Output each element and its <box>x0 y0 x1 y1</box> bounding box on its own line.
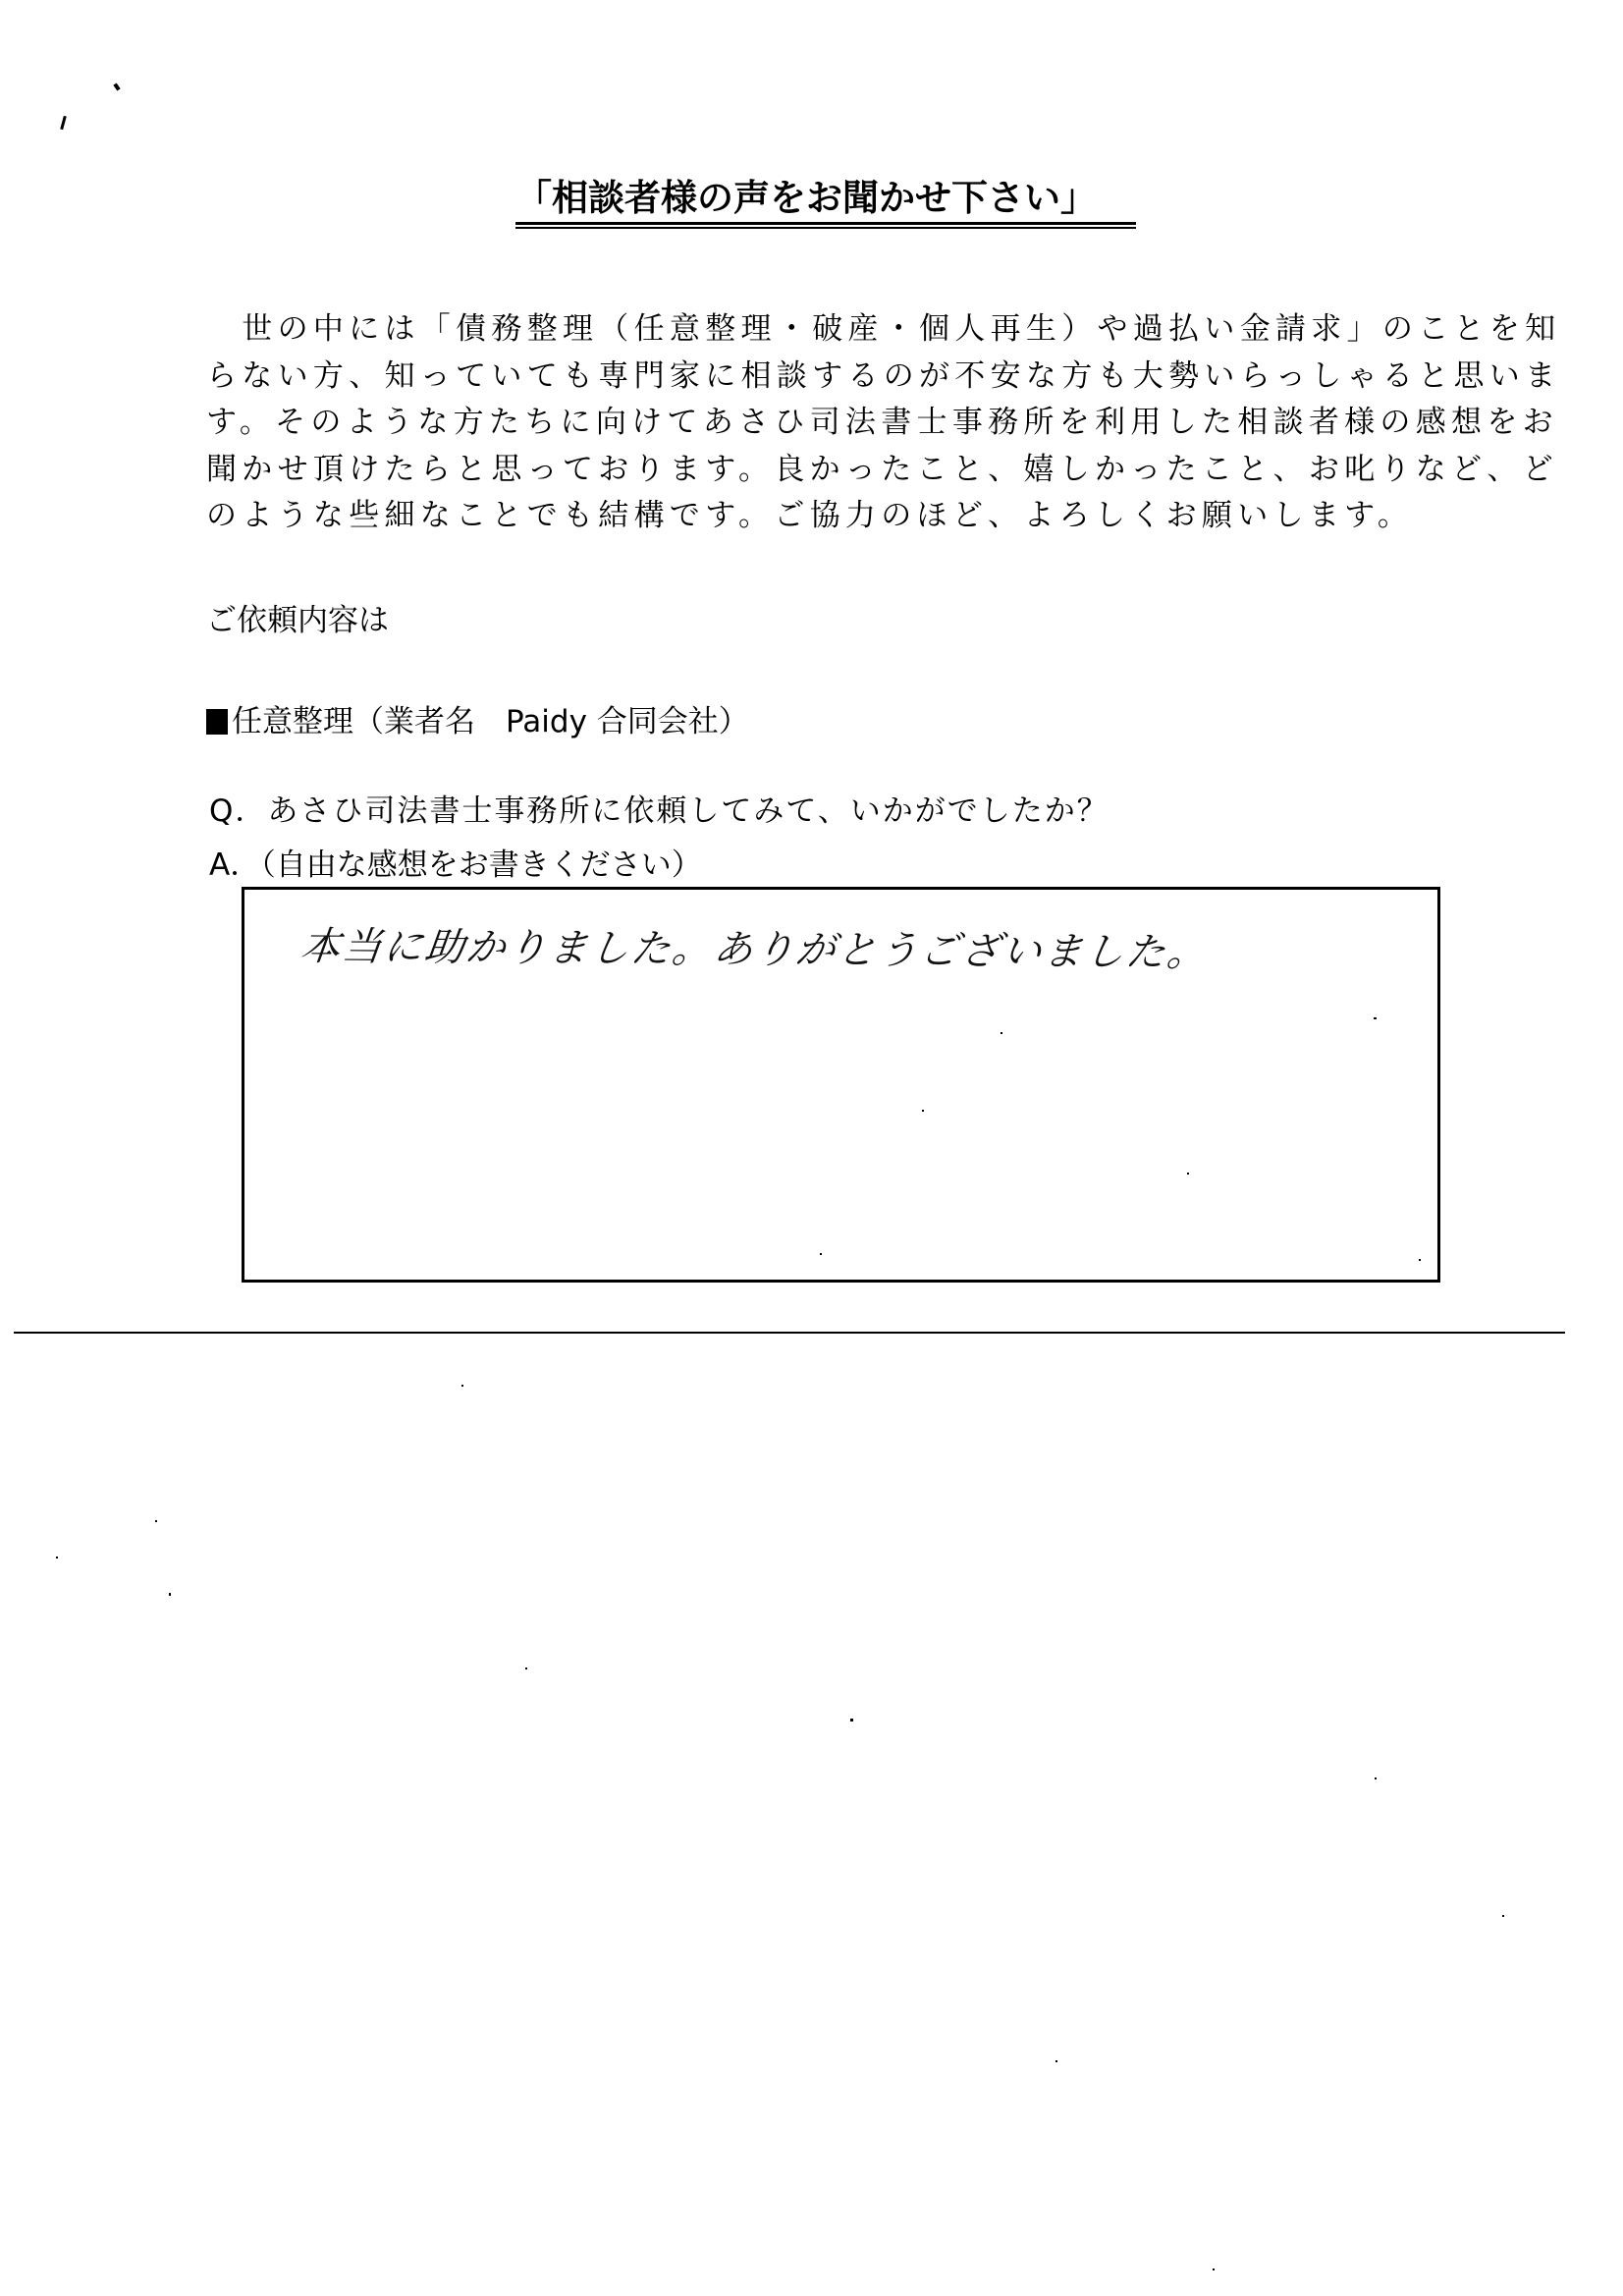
filled-square-icon <box>206 709 228 735</box>
answer-label: A．（自由な感想をお書きください） <box>209 846 702 885</box>
document-title: 「相談者様の声をお聞かせ下さい」 <box>515 177 1136 220</box>
scan-speck <box>60 116 67 130</box>
scan-speck <box>1374 1017 1377 1019</box>
request-detail: （業者名 Paidy 合同会社） <box>353 704 749 739</box>
scan-speck <box>1419 1259 1421 1261</box>
intro-line: らない方、知っていても専門家に相談するのが不安な方も大勢いらっしゃると思いま <box>206 354 1443 401</box>
intro-paragraph: 世の中には「債務整理（任意整理・破産・個人再生）や過払い金請求」のことを知 らな… <box>206 306 1443 540</box>
intro-line: のような些細なことでも結構です。ご協力のほど、よろしくお願いします。 <box>206 493 1443 540</box>
scan-speck <box>1055 2060 1057 2062</box>
scan-speck <box>850 1719 853 1722</box>
request-type: 任意整理 <box>232 704 353 739</box>
scan-speck <box>525 1667 527 1669</box>
intro-line: す。そのような方たちに向けてあさひ司法書士事務所を利用した相談者様の感想をお <box>206 400 1443 447</box>
intro-line: 聞かせ頂けたらと思っております。良かったこと、嬉しかったこと、お叱りなど、ど <box>206 447 1443 494</box>
scan-speck <box>113 82 120 90</box>
title-underline <box>515 222 1136 225</box>
scan-speck <box>1502 1915 1504 1917</box>
request-value: 任意整理（業者名 Paidy 合同会社） <box>206 702 749 741</box>
horizontal-divider <box>14 1332 1565 1334</box>
scan-speck <box>1213 2269 1215 2270</box>
question-text: Q．あさひ司法書士事務所に依頼してみて、いかがでしたか？ <box>209 792 1109 831</box>
scan-speck <box>820 1253 822 1255</box>
intro-line: 世の中には「債務整理（任意整理・破産・個人再生）や過払い金請求」のことを知 <box>206 306 1443 354</box>
scan-speck <box>1187 1173 1189 1175</box>
scan-speck <box>461 1385 463 1387</box>
request-label: ご依頼内容は <box>206 601 389 640</box>
scan-speck <box>1375 1777 1377 1779</box>
scan-speck <box>155 1520 157 1522</box>
title-underline-secondary <box>515 227 1136 229</box>
scan-speck <box>1001 1032 1002 1034</box>
scan-speck <box>169 1593 171 1596</box>
answer-box: 本当に助かりました。ありがとうございました。 <box>242 887 1440 1283</box>
scan-speck <box>56 1557 58 1558</box>
scan-speck <box>922 1110 924 1112</box>
handwritten-answer: 本当に助かりました。ありがとうございました。 <box>298 915 1212 977</box>
